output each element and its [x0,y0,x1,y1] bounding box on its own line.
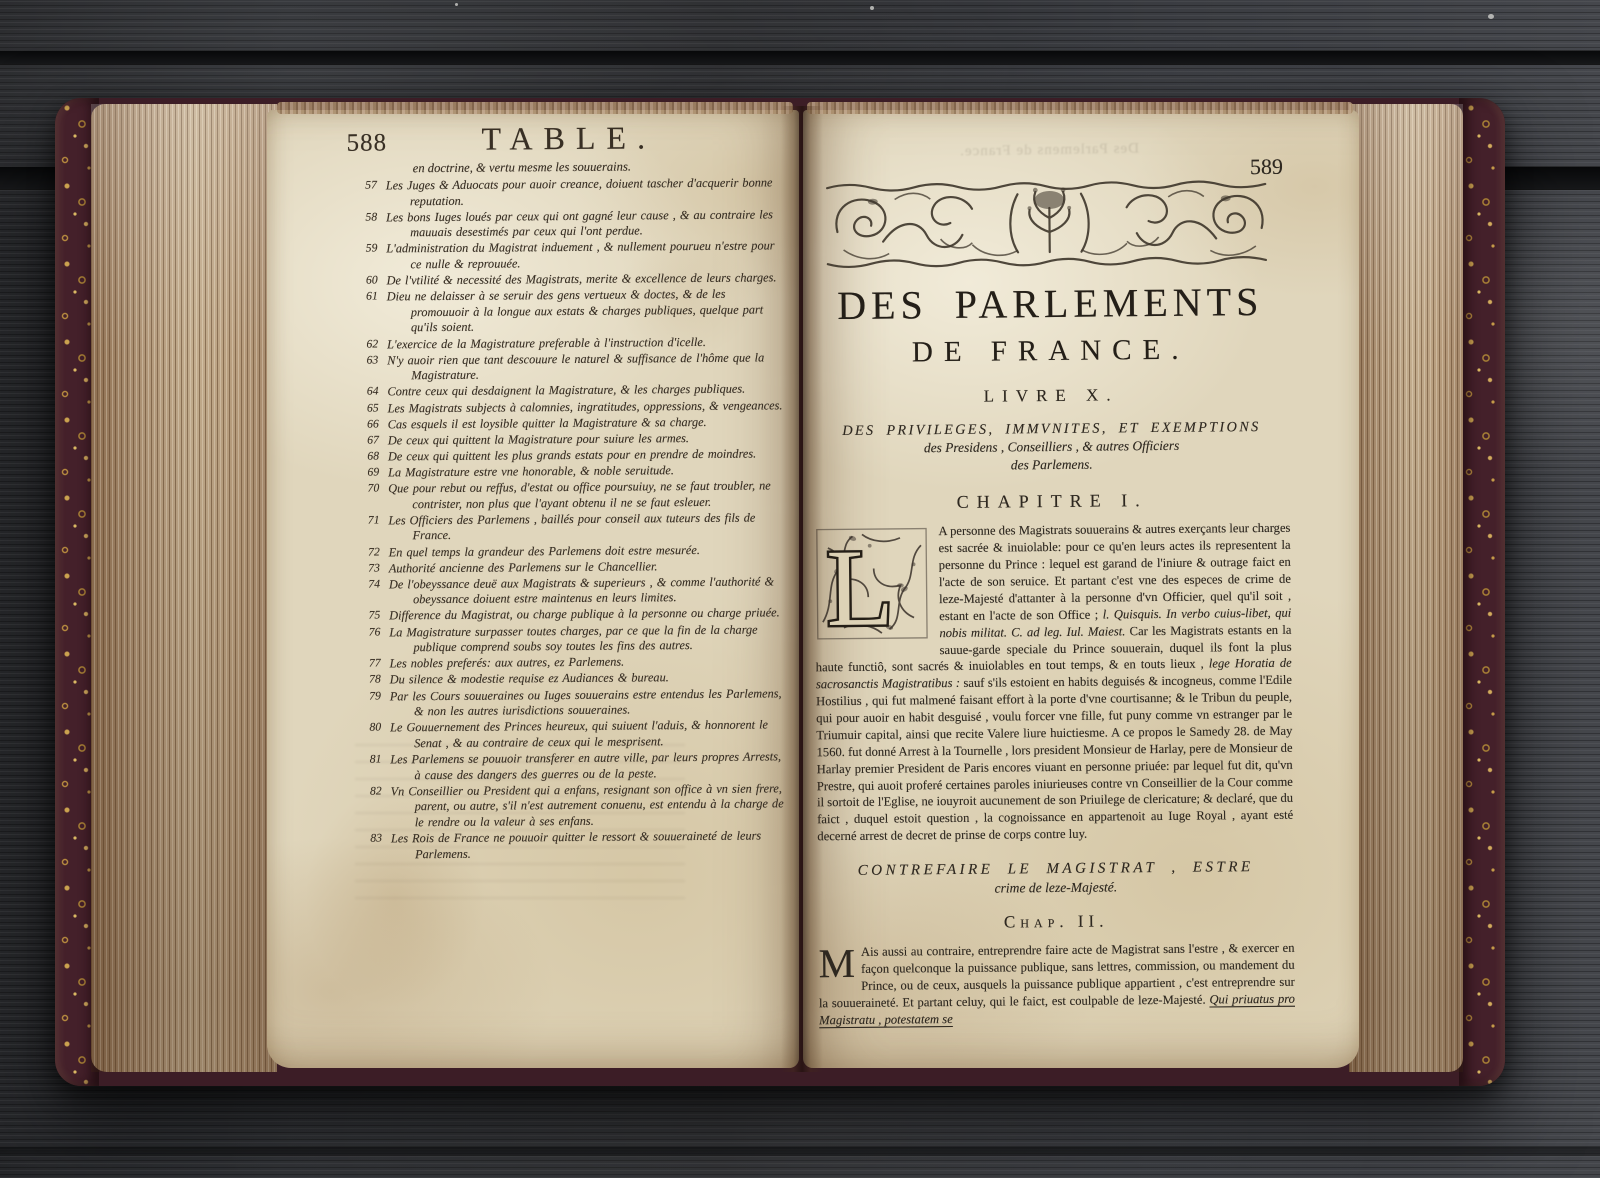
photo-scene: 588 TABLE. en doctrine, & vertu mesme le… [0,0,1600,1178]
toc-entry-text: N'y auoir rien que tant descouure le nat… [387,350,786,384]
toc-entry-number: 58 [347,210,386,242]
showthrough-text: Des Parlemens de France. [896,139,1201,161]
toc-entry-number: 68 [349,449,388,465]
toc-entry-number: 76 [350,625,389,657]
toc-entry-number: 64 [348,385,387,401]
toc-entry-number: 75 [350,609,389,625]
plank-gap [0,1146,1600,1156]
chapter1-paragraph: L A personne des Magistrats souuerains &… [814,520,1293,845]
toc-entry-text: Les Officiers des Parlemens , baillés po… [388,510,787,544]
toc-entry-number: 83 [352,831,391,863]
toc-entry-number: 74 [350,577,389,609]
toc-list: 57Les Juges & Aduocats pour auoir creanc… [347,175,790,863]
toc-entry: 71Les Officiers des Parlemens , baillés … [349,510,787,545]
toc-entry-number: 81 [351,752,390,784]
right-page-content: 589 Des Parlemens de France. [810,114,1295,1065]
toc-entry-number: 69 [349,465,388,481]
toc-entry: 63N'y auoir rien que tant descouure le n… [348,350,786,385]
page-number-left: 588 [346,129,387,157]
toc-entry-number: 63 [348,353,387,385]
toc-entry-text: Les bons Iuges loués par ceux qui ont ga… [386,207,785,241]
chapter2-heading: CONTREFAIRE LE MAGISTRAT , ESTRE [818,859,1294,881]
toc-entry: 58Les bons Iuges loués par ceux qui ont … [347,207,785,242]
chapter2-label: Chap. II. [818,910,1294,935]
toc-entry-text: Les Juges & Aduocats pour auoir creance,… [386,175,785,209]
toc-entry: 57Les Juges & Aduocats pour auoir creanc… [347,175,785,210]
left-page-header: 588 TABLE. [346,118,784,158]
text-segment: sauf s'ils estoient en habits deguisés &… [816,673,1293,843]
dust-speck [455,3,458,6]
toc-entry: 70Que pour rebut ou reffus, d'estat ou o… [349,478,787,513]
toc-entry-number: 82 [352,784,391,831]
toc-entry-text: Vn Conseillier ou President qui a enfans… [391,781,790,831]
toc-entry: 76La Magistrature surpasser toutes charg… [350,622,788,657]
dropcap-m: M [818,944,861,981]
dust-speck [1488,14,1494,19]
subject-line: des Parlemens. [814,453,1290,475]
chapter2-paragraph: MAis aussi au contraire, entreprendre fa… [818,940,1295,1029]
toc-entry-number: 67 [349,433,388,449]
toc-entry-number: 62 [348,337,387,353]
subtitle: DE FRANCE. [813,333,1289,371]
toc-entry: 59L'administration du Magistrat induemen… [347,239,785,274]
book: 588 TABLE. en doctrine, & vertu mesme le… [55,98,1505,1086]
toc-entry-number: 77 [351,657,390,673]
toc-entry: 82Vn Conseillier ou President qui a enfa… [352,781,790,831]
toc-entry-number: 65 [349,401,388,417]
toc-entry-number: 57 [347,178,386,210]
table-title: TABLE. [387,118,785,158]
toc-entry-number: 80 [351,721,390,753]
book-heading: LIVRE X. [813,384,1289,409]
toc-entry-text: Les Rois de France ne pouuoir quitter le… [391,828,790,862]
toc-entry-text: De l'obeyssance deuë aux Magistrats & su… [389,574,788,608]
toc-entry-number: 59 [347,242,386,274]
toc-entry-number: 66 [349,417,388,433]
main-title: DES PARLEMENTS [812,278,1288,330]
toc-entry: 74De l'obeyssance deuë aux Magistrats & … [350,574,788,609]
headpiece-ornament [823,176,1276,272]
toc-entry-text: Dieu ne delaisser à se seruir des gens v… [387,287,786,337]
toc-entry: 83Les Rois de France ne pouuoir quitter … [352,828,790,863]
toc-entry: 81Les Parlemens se pouuoir transferer en… [351,749,789,784]
left-page-content: 588 TABLE. en doctrine, & vertu mesme le… [346,118,791,1051]
toc-entry-number: 60 [348,274,387,290]
toc-entry-text: Le Gouuernement des Princes heureux, qui… [390,717,789,751]
page-top-edge-left [277,102,793,114]
toc-entry-number: 79 [351,689,390,721]
dust-speck [870,6,874,10]
chapter2-subheading: crime de leze-Majesté. [818,878,1294,899]
book-cover-right [1459,98,1505,1086]
toc-entry-text: L'administration du Magistrat induement … [386,239,785,273]
toc-entry-number: 72 [350,545,389,561]
chapter1-heading: CHAPITRE I. [814,489,1290,515]
initial-letter: L [826,527,894,642]
toc-entry-number: 70 [349,481,388,513]
toc-entry-text: Que pour rebut ou reffus, d'estat ou off… [388,478,787,512]
plank-gap [0,50,1600,65]
toc-intro-line: en doctrine, & vertu mesme les souuerain… [413,158,785,176]
page-top-edge-right [807,102,1353,114]
toc-entry-number: 61 [348,290,387,337]
toc-entry-text: La Magistrature surpasser toutes charges… [389,622,788,656]
toc-entry: 80Le Gouuernement des Princes heureux, q… [351,717,789,752]
toc-entry-text: Par les Cours souueraines ou Iuges souue… [390,686,789,720]
toc-entry-text: Les Parlemens se pouuoir transferer en a… [390,749,789,783]
toc-entry-number: 78 [351,673,390,689]
page-fan-right [1349,104,1463,1072]
page-number-right: 589 [1250,154,1283,180]
page-fan-left [91,104,277,1072]
toc-entry: 79Par les Cours souueraines ou Iuges sou… [351,686,789,721]
toc-entry-number: 73 [350,561,389,577]
toc-entry: 61Dieu ne delaisser à se seruir des gens… [348,287,786,337]
toc-entry-number: 71 [349,513,388,545]
decorative-initial: L [814,527,929,642]
